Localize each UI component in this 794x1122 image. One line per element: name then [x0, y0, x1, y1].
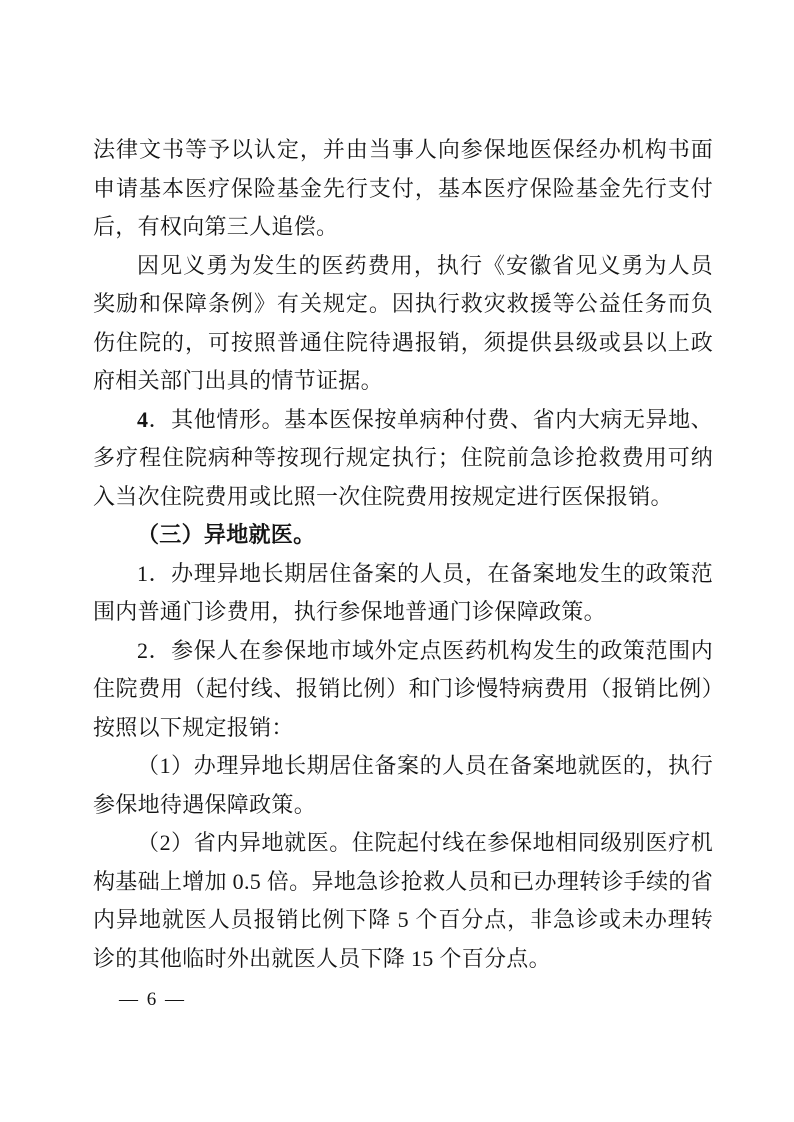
document-page: 法律文书等予以认定，并由当事人向参保地医保经办机构书面申请基本医疗保险基金先行支… — [0, 0, 794, 1122]
item-number: 4 — [137, 407, 148, 432]
paragraph-item-1: 1．办理异地长期居住备案的人员，在备案地发生的政策范围内普通门诊费用，执行参保地… — [93, 555, 713, 632]
item-text: ．其他情形。基本医保按单病种付费、省内大病无异地、多疗程住院病种等按现行规定执行… — [93, 407, 713, 509]
paragraph-item-4: 4．其他情形。基本医保按单病种付费、省内大病无异地、多疗程住院病种等按现行规定执… — [93, 401, 713, 517]
paragraph-subitem-2: （2）省内异地就医。住院起付线在参保地相同级别医疗机构基础上增加 0.5 倍。异… — [93, 824, 713, 978]
paragraph-continuation: 法律文书等予以认定，并由当事人向参保地医保经办机构书面申请基本医疗保险基金先行支… — [93, 131, 713, 247]
paragraph: 因见义勇为发生的医药费用，执行《安徽省见义勇为人员奖励和保障条例》有关规定。因执… — [93, 247, 713, 401]
page-number: — 6 — — [119, 986, 186, 1014]
section-heading: （三）异地就医。 — [93, 516, 713, 555]
paragraph-item-2: 2．参保人在参保地市域外定点医药机构发生的政策范围内住院费用（起付线、报销比例）… — [93, 632, 713, 748]
paragraph-subitem-1: （1）办理异地长期居住备案的人员在备案地就医的，执行参保地待遇保障政策。 — [93, 747, 713, 824]
document-body: 法律文书等予以认定，并由当事人向参保地医保经办机构书面申请基本医疗保险基金先行支… — [93, 131, 713, 978]
